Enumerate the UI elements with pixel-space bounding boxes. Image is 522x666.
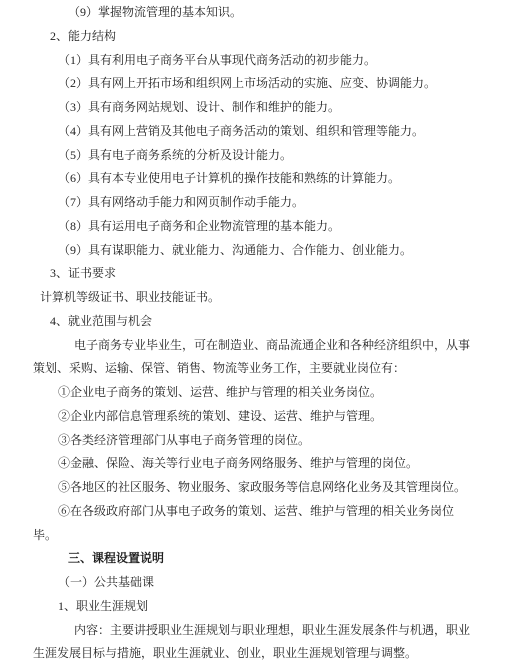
- list-item: （5）具有电子商务系统的分析及设计能力。: [33, 144, 494, 168]
- list-item: ①企业电子商务的策划、运营、维护与管理的相关业务岗位。: [33, 381, 494, 405]
- list-item: （6）具有本专业使用电子计算机的操作技能和熟练的计算能力。: [33, 167, 494, 191]
- paragraph-line: 计算机等级证书、职业技能证书。: [33, 286, 494, 310]
- paragraph-line: 毕。: [33, 524, 494, 548]
- list-item: ③各类经济管理部门从事电子商务管理的岗位。: [33, 429, 494, 453]
- list-item: （3）具有商务网站规划、设计、制作和维护的能力。: [33, 96, 494, 120]
- section-title: 三、课程设置说明: [33, 547, 494, 571]
- list-item: （2）具有网上开拓市场和组织网上市场活动的实施、应变、协调能力。: [33, 72, 494, 96]
- list-item: ②企业内部信息管理系统的策划、建设、运营、维护与管理。: [33, 405, 494, 429]
- list-item: （1）具有利用电子商务平台从事现代商务活动的初步能力。: [33, 49, 494, 73]
- document-page[interactable]: （9）掌握物流管理的基本知识。2、能力结构（1）具有利用电子商务平台从事现代商务…: [0, 0, 522, 666]
- subsection-heading: （一）公共基础课: [33, 571, 494, 595]
- numbered-heading: 2、能力结构: [33, 25, 494, 49]
- paragraph-line: 生涯发展目标与措施，职业生涯就业、创业，职业生涯规划管理与调整。: [33, 642, 494, 666]
- list-item: ⑤各地区的社区服务、物业服务、家政服务等信息网络化业务及其管理岗位。: [33, 476, 494, 500]
- list-item: ④金融、保险、海关等行业电子商务网络服务、维护与管理的岗位。: [33, 452, 494, 476]
- list-item: （8）具有运用电子商务和企业物流管理的基本能力。: [33, 215, 494, 239]
- numbered-heading: 3、证书要求: [33, 262, 494, 286]
- paragraph-line: 电子商务专业毕业生，可在制造业、商品流通企业和各种经济组织中，从事: [33, 334, 494, 358]
- course-heading: 1、职业生涯规划: [33, 595, 494, 619]
- list-item: （7）具有网络动手能力和网页制作动手能力。: [33, 191, 494, 215]
- list-item: （9）具有谋职能力、就业能力、沟通能力、合作能力、创业能力。: [33, 239, 494, 263]
- list-item: （4）具有网上营销及其他电子商务活动的策划、组织和管理等能力。: [33, 120, 494, 144]
- paragraph-line: 策划、采购、运输、保管、销售、物流等业务工作，主要就业岗位有：: [33, 357, 494, 381]
- list-item: ⑥在各级政府部门从事电子政务的策划、运营、维护与管理的相关业务岗位: [33, 500, 494, 524]
- list-item: （9）掌握物流管理的基本知识。: [33, 1, 494, 25]
- numbered-heading: 4、就业范围与机会: [33, 310, 494, 334]
- paragraph-line: 内容：主要讲授职业生涯规划与职业理想，职业生涯发展条件与机遇，职业: [33, 619, 494, 643]
